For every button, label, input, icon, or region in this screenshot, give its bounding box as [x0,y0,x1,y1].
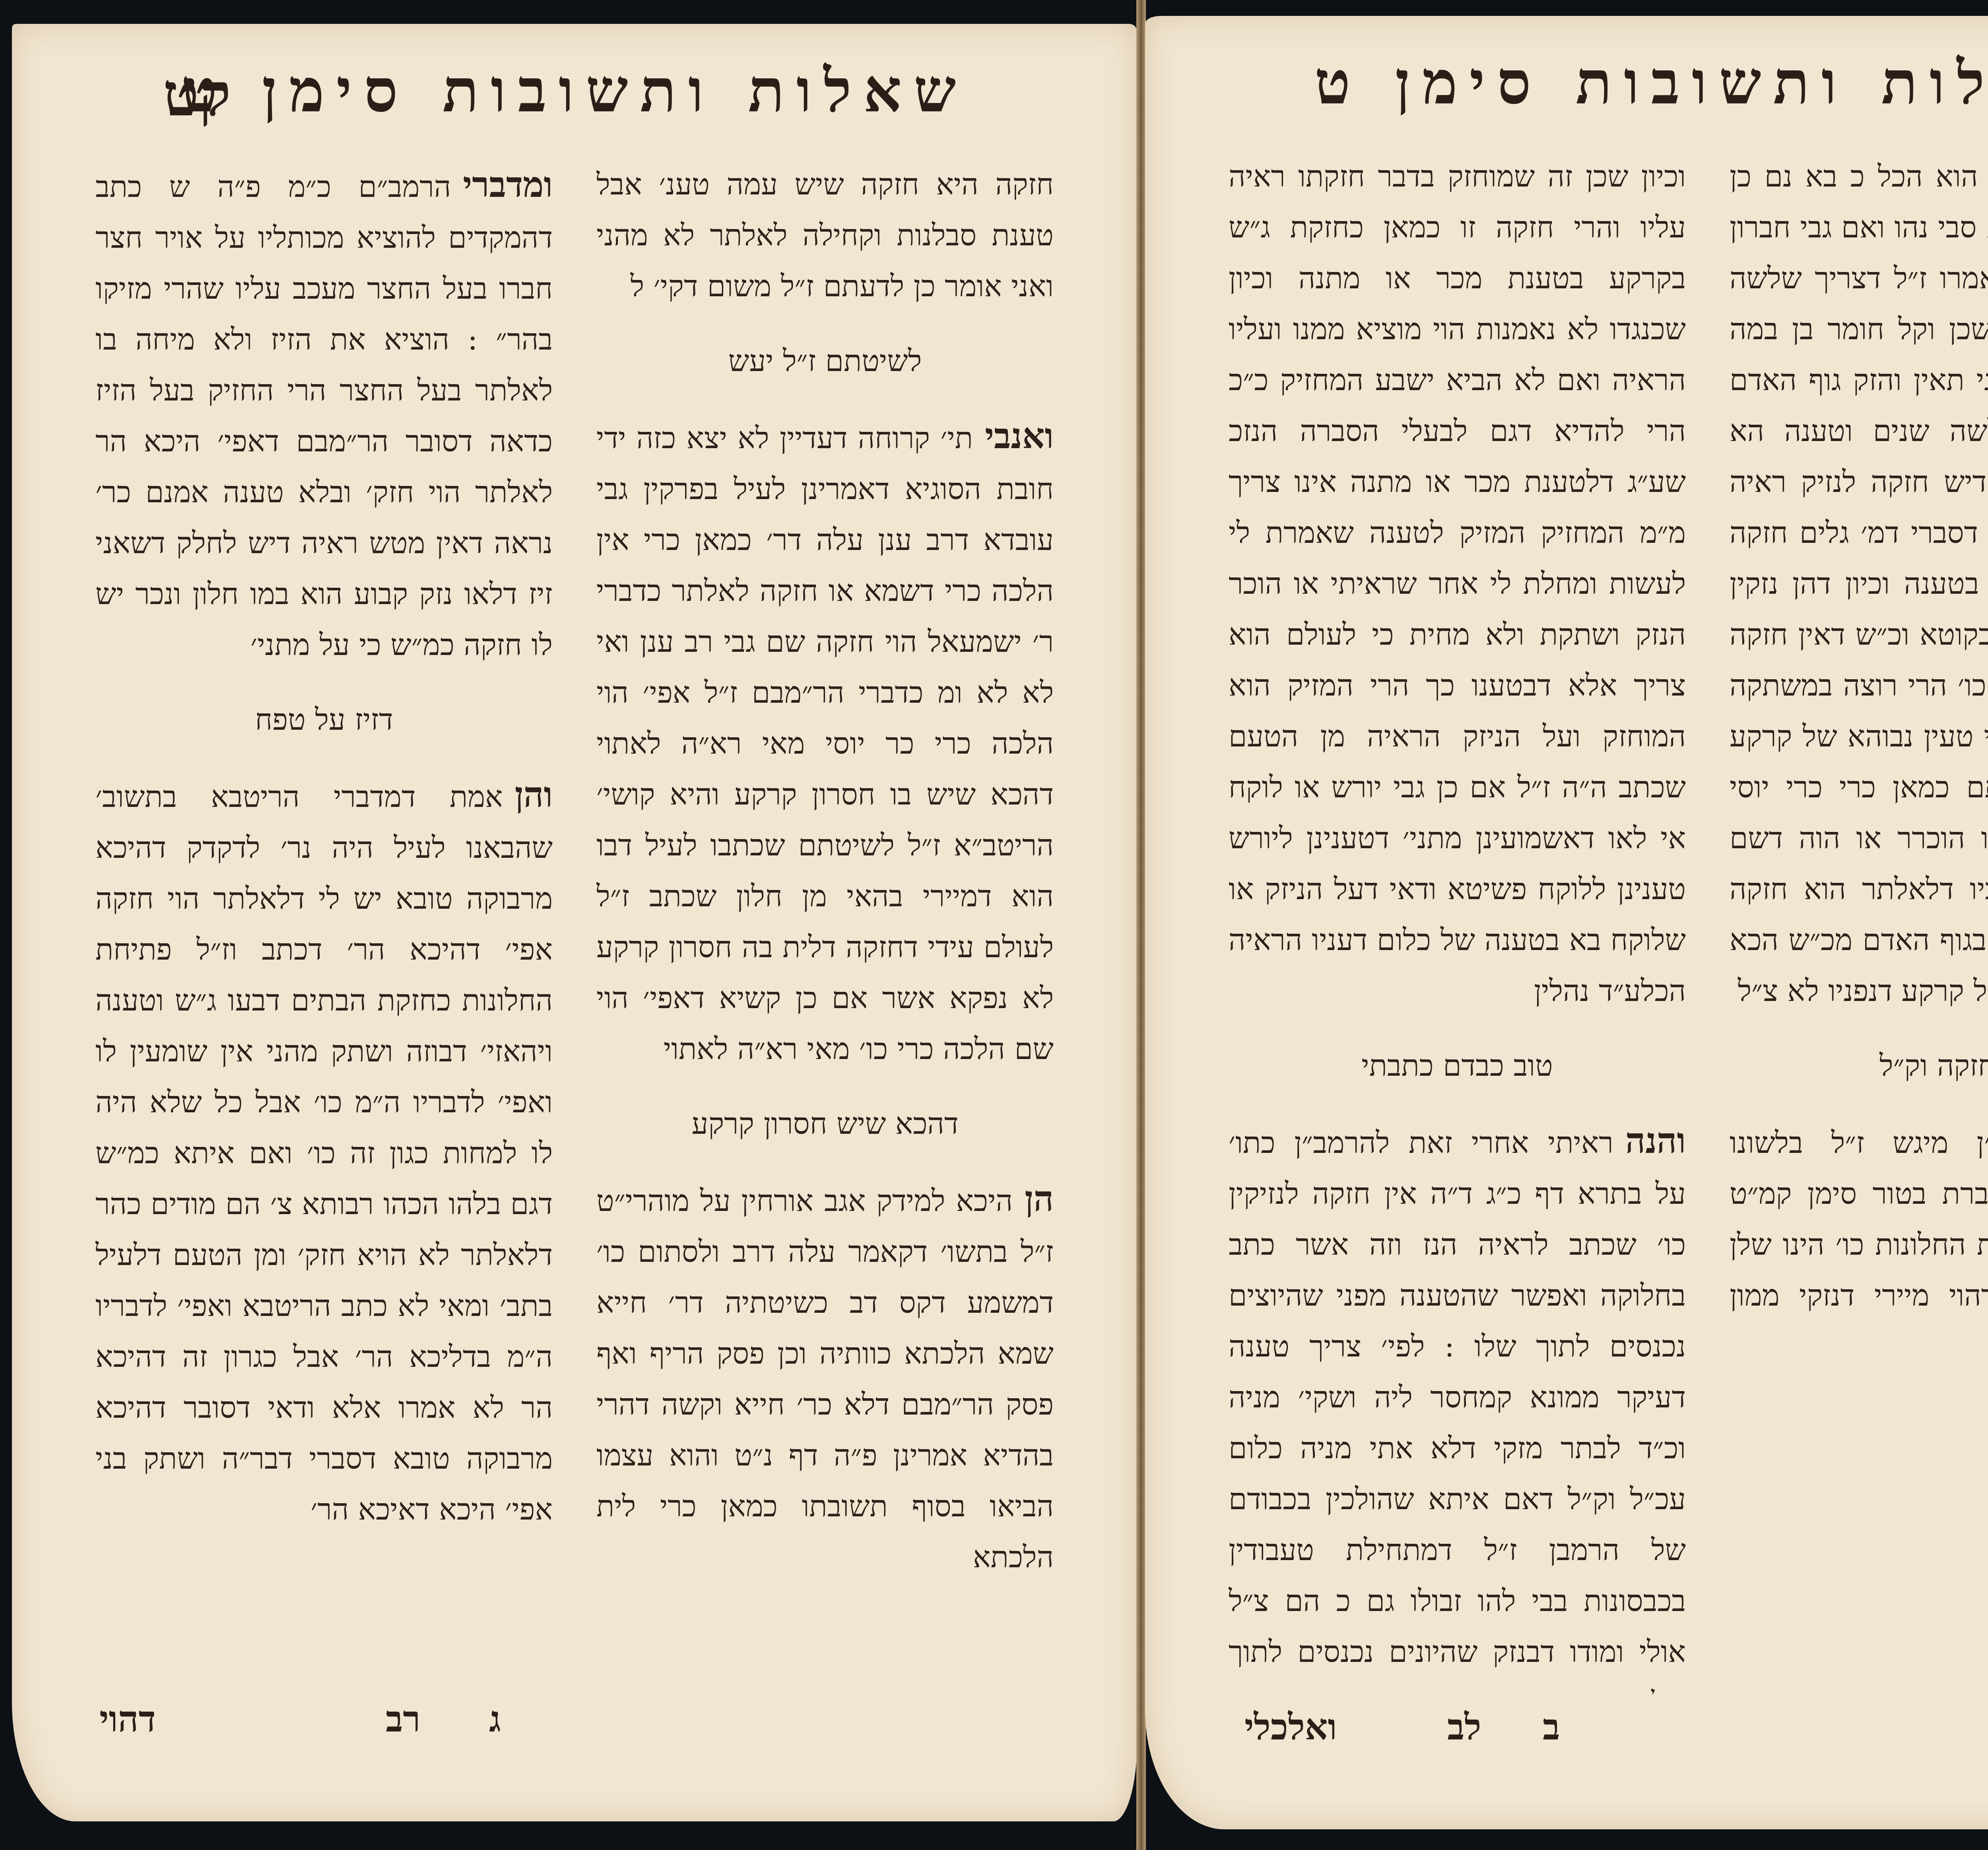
paragraph: והנהראיתי אחרי זאת להרמב״ן כתו׳ על בתרא … [1229,1115,1686,1694]
paragraph: ומדבריהרמב״ם כ״מ פ״ה ש כתב דהמקדים להוצי… [95,159,553,670]
paragraph: והןאמת דמדברי הריטבא בתשוב׳ שהבאנו לעיל … [95,769,553,1535]
section-lead-word: ואנבי [985,415,1054,457]
section-lead-word: הן [1025,1178,1054,1219]
paragraph-text: לשיטתם ז״ל יעש [596,336,1054,387]
paragraph-text: טוב כבדם כתבתי [1229,1040,1686,1091]
paragraph-text: וכיון שכן זה שמוחזק בדבר חזקתו ראיה עליו… [1229,159,1686,1008]
left-folio-number: קט [163,60,231,130]
paragraph: דנזקי אדם באדם הוא הכל כ בא נם כן ז״ל אל… [1730,151,1988,1016]
paragraph-text: דנזקי אדם באדם הוא הכל כ בא נם כן ז״ל אל… [1730,159,1988,1008]
paragraph: הןהיכא למידק אגב אורחין על מוהרי״ט ז״ל ב… [596,1173,1054,1583]
paragraph-text: דזיז על טפח [95,694,553,745]
section-lead-word: ומדברי [463,164,553,205]
paragraph-text: דכתב הרי״ן מיגש ז״ל בלשונו שכתבתי לעיל ו… [1730,1126,1988,1364]
left-page: שאלות ותשובות סימן ט קט ומדבריהרמב״ם כ״מ… [12,24,1137,1821]
section-lead-word: והנה [1625,1120,1686,1161]
paragraph: לשיטתם ז״ל יעש [596,336,1054,387]
paragraph-text: דהכא שיש חסרון קרקע [596,1098,1054,1149]
right-columns: וכיון שכן זה שמוחזק בדבר חזקתו ראיה עליו… [1229,151,1988,1694]
paragraph: וכיון שכן זה שמוחזק בדבר חזקתו ראיה עליו… [1229,151,1686,1016]
paragraph: טוב כבדם כתבתי [1229,1040,1686,1091]
gathering-mark: לב [1447,1706,1481,1748]
paragraph-text: חזקה היא חזקה שיש עמה טענ׳ אבל טענת סבלנ… [596,167,1054,303]
paragraph: הוי חזקה וק״ל [1730,1040,1988,1091]
paragraph-text: הרמב״ם כ״מ פ״ה ש כתב דהמקדים להוציא מכות… [95,170,553,662]
paragraph: דזיז על טפח [95,694,553,745]
book-gutter [1136,0,1146,1850]
right-footer: ואלכלי ב לב [1145,1706,1988,1762]
signature-mark: ב [1543,1706,1560,1748]
right-column-left: דנזקי אדם באדם הוא הכל כ בא נם כן ז״ל אל… [1730,151,1988,1694]
section-lead-word: והן [514,774,553,815]
right-running-head: שאלות ותשובות סימן ט [1145,48,1988,118]
catchword: ואלכלי [1244,1706,1337,1748]
signature-mark: ג [489,1698,501,1740]
left-columns: ומדבריהרמב״ם כ״מ פ״ה ש כתב דהמקדים להוצי… [95,159,1054,1686]
gathering-mark: רב [386,1698,421,1740]
left-column-left: חזקה היא חזקה שיש עמה טענ׳ אבל טענת סבלנ… [596,159,1054,1686]
paragraph: דהכא שיש חסרון קרקע [596,1098,1054,1149]
paragraph-text: ראיתי אחרי זאת להרמב״ן כתו׳ על בתרא דף כ… [1229,1126,1686,1694]
paragraph-text: אמת דמדברי הריטבא בתשוב׳ שהבאנו לעיל היה… [95,780,553,1527]
catchword: דהוי [99,1698,156,1740]
paragraph: ואנביתי׳ קרוחה דעדיין לא יצא כזה ידי חוב… [596,410,1054,1075]
paragraph-text: הוי חזקה וק״ל [1730,1040,1988,1091]
paragraph-text: היכא למידק אגב אורחין על מוהרי״ט ז״ל בתש… [596,1184,1054,1574]
right-page: שאלות ותשובות סימן ט וכיון שכן זה שמוחזק… [1145,16,1988,1829]
paragraph: חזקה היא חזקה שיש עמה טענ׳ אבל טענת סבלנ… [596,159,1054,312]
paragraph-text: תי׳ קרוחה דעדיין לא יצא כזה ידי חובת הסו… [596,421,1054,1066]
right-column-right: וכיון שכן זה שמוחזק בדבר חזקתו ראיה עליו… [1229,151,1686,1694]
left-column-right: ומדבריהרמב״ם כ״מ פ״ה ש כתב דהמקדים להוצי… [95,159,553,1686]
paragraph: והאדכתב הרי״ן מיגש ז״ל בלשונו שכתבתי לעי… [1730,1115,1988,1372]
left-footer: דהוי ג רב [12,1698,1137,1754]
